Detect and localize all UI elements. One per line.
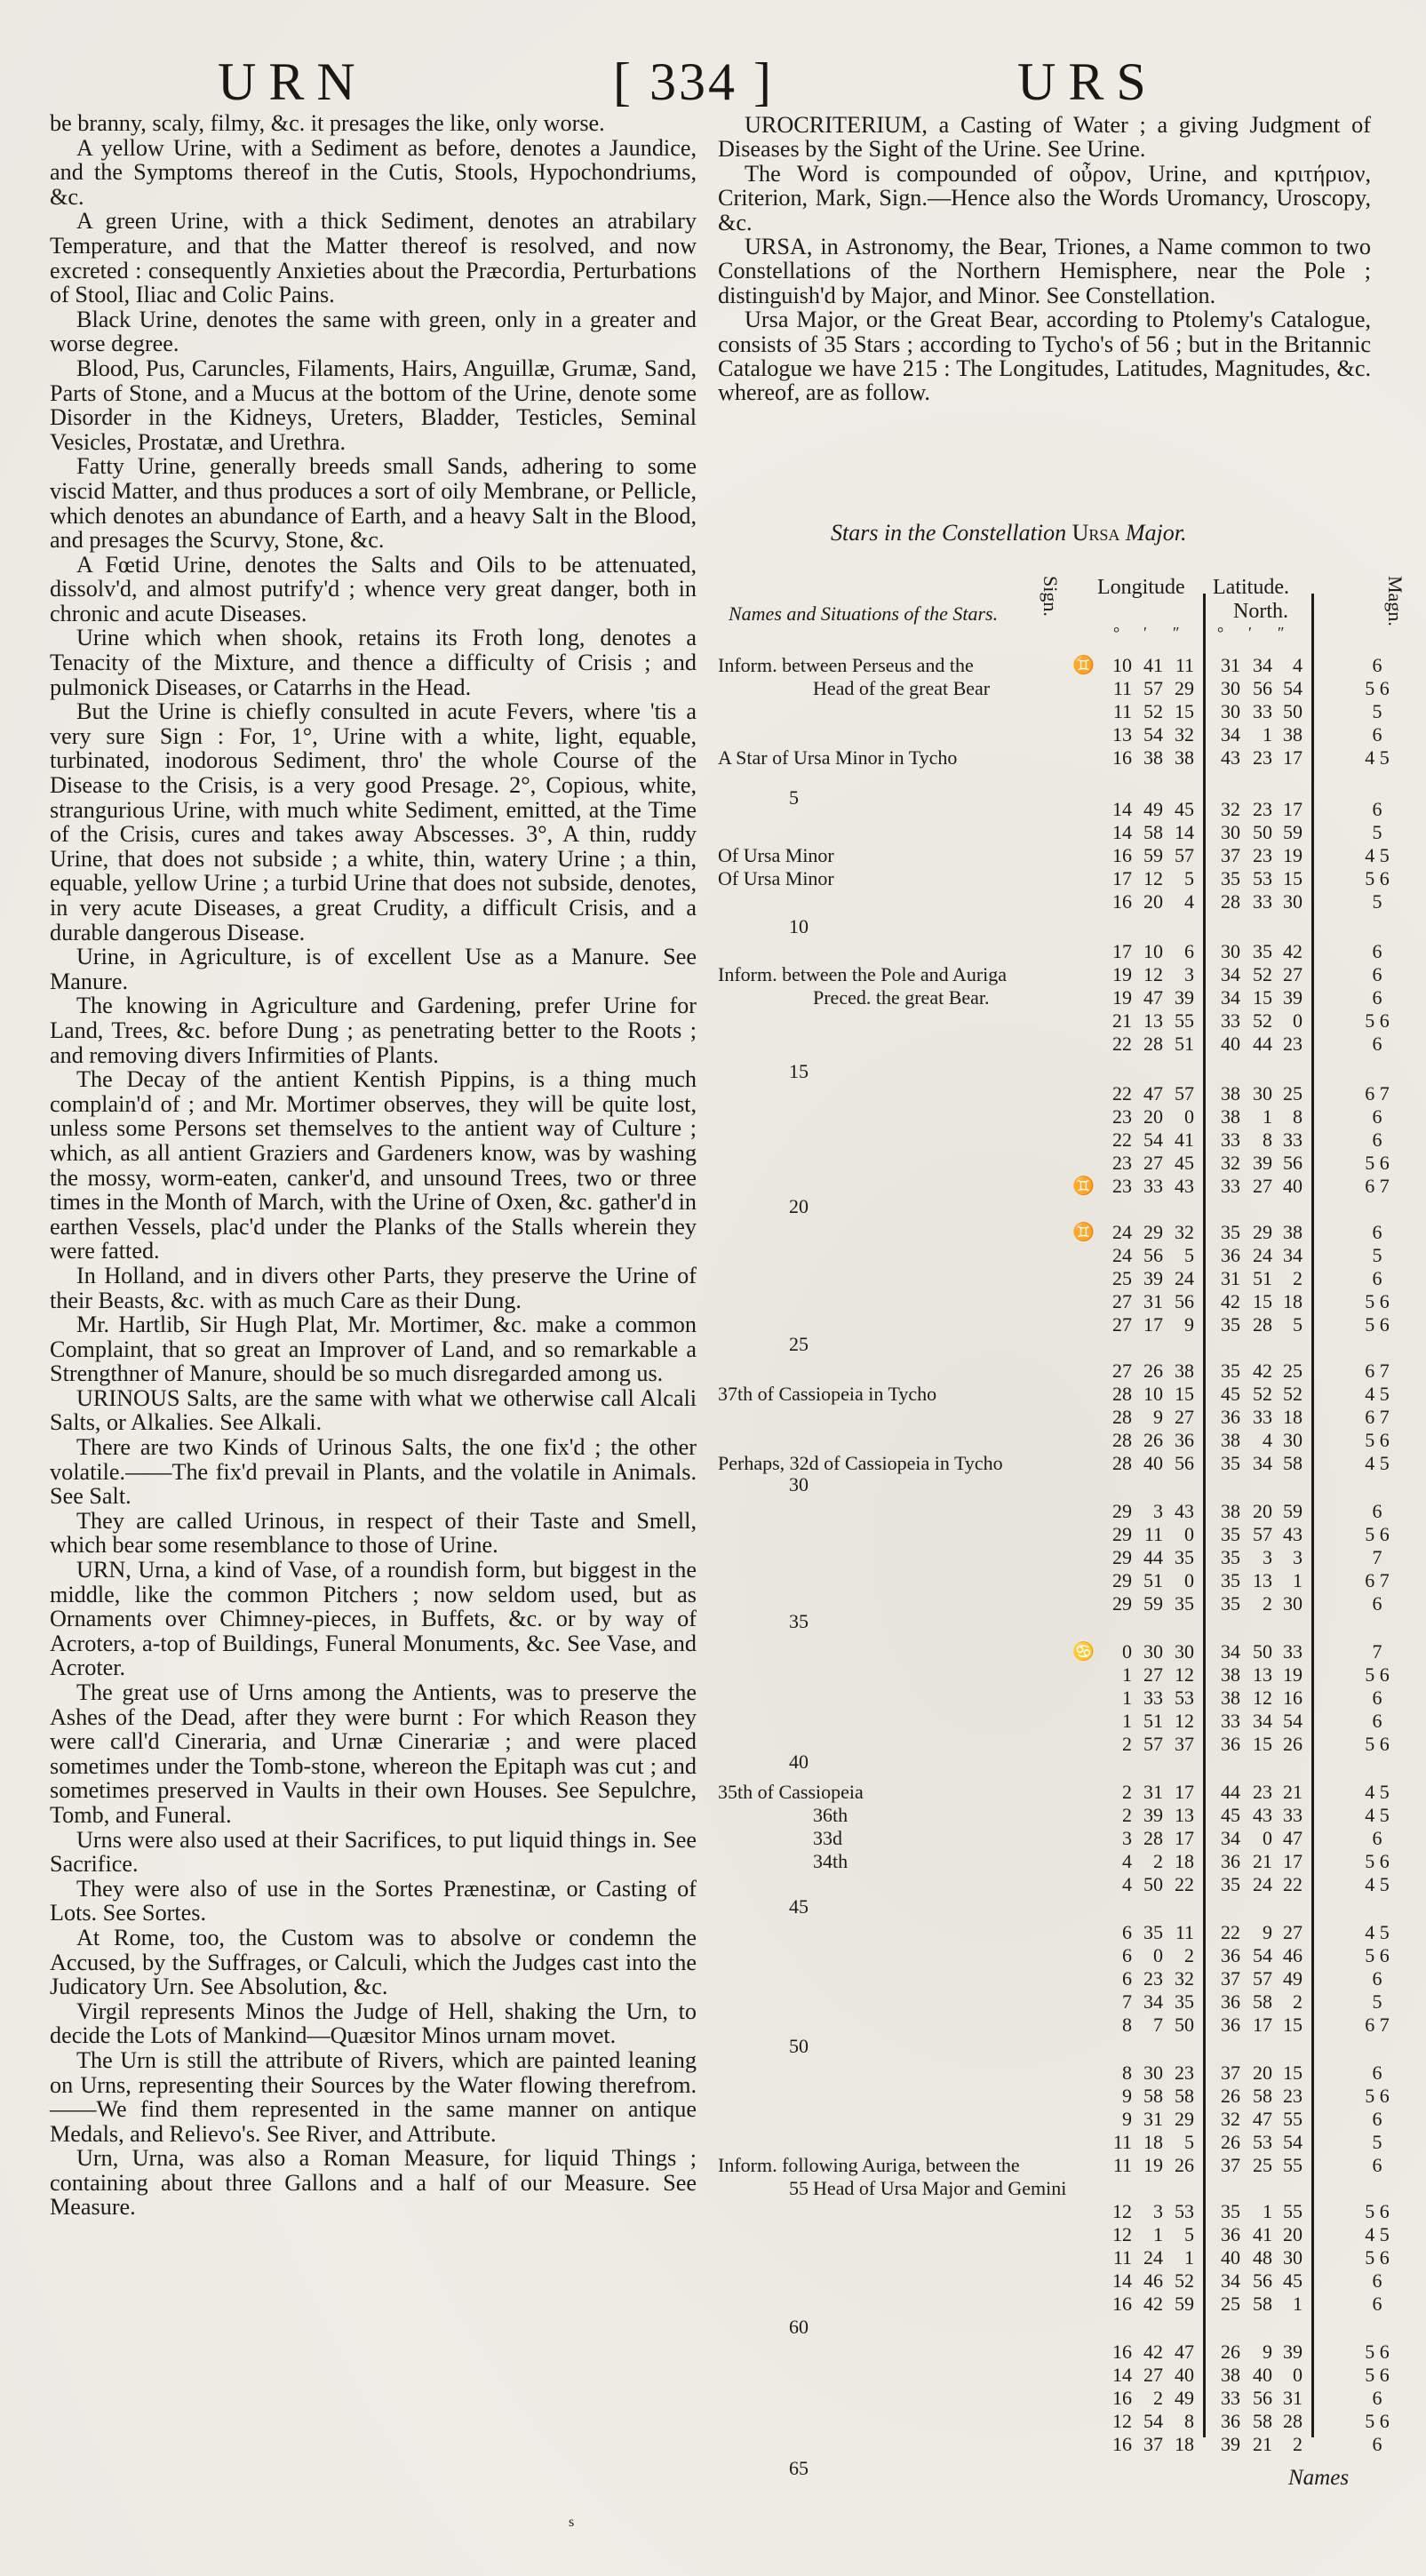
running-head-right: URS [1017, 52, 1159, 113]
longitude-value: 5 [1164, 867, 1194, 890]
magnitude-value: 6 [1342, 2062, 1413, 2085]
catchword: Names [1288, 2466, 1349, 2491]
longitude-value: 50 [1133, 1873, 1163, 1896]
table-row: 36th239134543334 5 [0, 1804, 1426, 1827]
longitude-value: 11 [1102, 2131, 1132, 2154]
table-row: ♊2429323529386 [0, 1221, 1426, 1244]
latitude-value: 33 [1272, 1128, 1303, 1152]
longitude-value: 12 [1102, 2223, 1132, 2246]
latitude-value: 0 [1272, 1009, 1303, 1033]
latitude-value: 2 [1272, 1267, 1303, 1290]
longitude-value: 34 [1133, 1990, 1163, 2014]
longitude-value: 40 [1133, 1452, 1163, 1475]
latitude-value: 45 [1210, 1804, 1240, 1827]
latitude-value: 35 [1210, 1221, 1240, 1244]
magnitude-value: 6 [1342, 986, 1413, 1009]
latitude-value: 9 [1242, 1921, 1272, 1944]
header-magnitude: Magn. [1383, 576, 1406, 626]
longitude-value: 11 [1102, 2246, 1132, 2269]
latitude-value: 23 [1242, 798, 1272, 821]
longitude-value: 27 [1133, 1152, 1163, 1175]
longitude-value: 30 [1133, 2062, 1163, 2085]
paragraph: A green Urine, with a thick Sediment, de… [50, 209, 697, 307]
longitude-value: 36 [1164, 1429, 1194, 1452]
latitude-value: 36 [1210, 1944, 1240, 1967]
magnitude-value: 6 7 [1342, 1569, 1413, 1592]
line-number: 25 [789, 1333, 809, 1356]
magnitude-value: 6 [1342, 1710, 1413, 1733]
star-name: 35th of Cassiopeia [718, 1781, 864, 1804]
longitude-value: 12 [1133, 867, 1163, 890]
latitude-value: 38 [1210, 1429, 1240, 1452]
table-row: 35th of Cassiopeia231174423214 5 [0, 1781, 1426, 1804]
longitude-value: 6 [1164, 940, 1194, 963]
latitude-value: 30 [1272, 2246, 1303, 2269]
paragraph: A Fœtid Urine, denotes the Salts and Oil… [50, 553, 697, 626]
table-row: 295935352306 [0, 1592, 1426, 1615]
magnitude-value: 5 6 [1342, 2200, 1413, 2223]
longitude-value: 56 [1164, 1290, 1194, 1313]
latitude-value: 2 [1272, 2433, 1303, 2456]
magnitude-value: 5 6 [1342, 2246, 1413, 2269]
paragraph: Ursa Major, or the Great Bear, according… [718, 307, 1371, 405]
magnitude-value: 4 5 [1342, 1921, 1413, 1944]
latitude-value: 23 [1272, 1033, 1303, 1056]
latitude-value: 38 [1210, 1105, 1240, 1128]
latitude-value: 16 [1272, 1687, 1303, 1710]
longitude-value: 22 [1102, 1082, 1132, 1105]
line-number: 15 [789, 1060, 809, 1083]
magnitude-value: 5 6 [1342, 2364, 1413, 2387]
longitude-value: 2 [1102, 1781, 1132, 1804]
latitude-value: 55 [1272, 2200, 1303, 2223]
table-row: 164259255816 [0, 2293, 1426, 2316]
latitude-value: 19 [1272, 1663, 1303, 1687]
latitude-value: 18 [1272, 1406, 1303, 1429]
longitude-value: 27 [1102, 1360, 1132, 1383]
magnitude-value: 5 6 [1342, 1429, 1413, 1452]
star-name: A Star of Ursa Minor in Tycho [718, 746, 957, 770]
latitude-value: 32 [1210, 798, 1240, 821]
table-row: Inform. following Auriga, between the111… [0, 2154, 1426, 2177]
magnitude-value: 5 6 [1342, 1290, 1413, 1313]
longitude-value: 10 [1133, 940, 1163, 963]
magnitude-value: 6 7 [1342, 1175, 1413, 1198]
latitude-value: 15 [1242, 986, 1272, 1009]
longitude-value: 30 [1164, 1640, 1194, 1663]
longitude-value: 24 [1102, 1244, 1132, 1267]
latitude-value: 28 [1210, 890, 1240, 913]
line-number: 20 [789, 1195, 809, 1218]
longitude-value: 45 [1164, 1152, 1194, 1175]
latitude-value: 0 [1242, 1827, 1272, 1850]
longitude-value: 32 [1164, 1967, 1194, 1990]
latitude-value: 21 [1242, 2433, 1272, 2456]
latitude-value: 36 [1210, 1850, 1240, 1873]
longitude-value: 52 [1133, 700, 1163, 723]
latitude-value: 40 [1210, 1033, 1240, 1056]
latitude-value: 31 [1210, 654, 1240, 677]
latitude-value: 42 [1242, 1360, 1272, 1383]
table-row: 34th42183621175 6 [0, 1850, 1426, 1873]
magnitude-value: 5 6 [1342, 2410, 1413, 2433]
latitude-value: 33 [1210, 1128, 1240, 1152]
longitude-value: 16 [1102, 2433, 1132, 2456]
longitude-value: 31 [1133, 1290, 1163, 1313]
latitude-value: 52 [1242, 963, 1272, 986]
longitude-value: 1 [1102, 1663, 1132, 1687]
longitude-value: 29 [1102, 1569, 1132, 1592]
latitude-value: 21 [1272, 1781, 1303, 1804]
latitude-value: 12 [1242, 1687, 1272, 1710]
latitude-value: 45 [1210, 1383, 1240, 1406]
latitude-value: 35 [1210, 1873, 1240, 1896]
magnitude-value: 4 5 [1342, 1804, 1413, 1827]
latitude-value: 21 [1242, 1850, 1272, 1873]
longitude-value: 17 [1164, 1781, 1194, 1804]
longitude-value: 8 [1102, 2014, 1132, 2037]
longitude-value: 56 [1164, 1452, 1194, 1475]
longitude-value: 5 [1164, 2223, 1194, 2246]
latitude-value: 36 [1210, 1244, 1240, 1267]
longitude-value: 11 [1102, 2154, 1132, 2177]
longitude-value: 2 [1102, 1804, 1132, 1827]
table-row: 87503617156 7 [0, 2014, 1426, 2037]
paragraph: Fatty Urine, generally breeds small Sand… [50, 454, 697, 552]
longitude-value: 24 [1133, 2246, 1163, 2269]
table-row: 112414048305 6 [0, 2246, 1426, 2269]
latitude-value: 27 [1272, 1921, 1303, 1944]
magnitude-value: 6 7 [1342, 1406, 1413, 1429]
latitude-value: 30 [1242, 1082, 1272, 1105]
longitude-value: 18 [1133, 2131, 1163, 2154]
latitude-value: 37 [1210, 844, 1240, 867]
longitude-value: 14 [1102, 821, 1132, 844]
table-row: 6023654465 6 [0, 1944, 1426, 1967]
table-row: 171063035426 [0, 940, 1426, 963]
latitude-value: 23 [1242, 746, 1272, 770]
latitude-value: 25 [1210, 2293, 1240, 2316]
latitude-value: 36 [1210, 1990, 1240, 2014]
longitude-value: 16 [1102, 890, 1132, 913]
longitude-value: 10 [1133, 1383, 1163, 1406]
latitude-value: 1 [1242, 723, 1272, 746]
header-names: Names and Situations of the Stars. [729, 602, 998, 626]
table-row: 1458143050595 [0, 821, 1426, 844]
latitude-value: 54 [1272, 2131, 1303, 2154]
latitude-value: 8 [1242, 1128, 1272, 1152]
latitude-value: 34 [1210, 1640, 1240, 1663]
latitude-value: 20 [1242, 2062, 1272, 2085]
magnitude-value: 5 6 [1342, 2085, 1413, 2108]
longitude-value: 40 [1164, 2364, 1194, 2387]
latitude-value: 59 [1272, 821, 1303, 844]
longitude-value: 29 [1102, 1500, 1132, 1523]
longitude-value: 17 [1102, 867, 1132, 890]
latitude-value: 41 [1242, 2223, 1272, 2246]
latitude-value: 55 [1272, 2154, 1303, 2177]
longitude-value: 28 [1102, 1406, 1132, 1429]
latitude-value: 15 [1272, 867, 1303, 890]
latitude-value: 39 [1272, 2341, 1303, 2364]
table-row: 29510351316 7 [0, 1569, 1426, 1592]
longitude-value: 47 [1133, 986, 1163, 1009]
table-row: 37th of Cassiopeia in Tycho2810154552524… [0, 1383, 1426, 1406]
line-number: 45 [789, 1895, 809, 1918]
latitude-value: 1 [1272, 2293, 1303, 2316]
longitude-value: 9 [1102, 2108, 1132, 2131]
longitude-value: 16 [1102, 746, 1132, 770]
magnitude-value: 6 [1342, 2293, 1413, 2316]
magnitude-value: 7 [1342, 1640, 1413, 1663]
table-row: 12353351555 6 [0, 2200, 1426, 2223]
latitude-value: 39 [1272, 986, 1303, 1009]
longitude-value: 23 [1102, 1152, 1132, 1175]
star-name: Inform. between the Pole and Auriga [718, 963, 1007, 986]
longitude-value: 23 [1102, 1105, 1132, 1128]
star-name: 37th of Cassiopeia in Tycho [718, 1383, 936, 1406]
latitude-value: 13 [1242, 1663, 1272, 1687]
table-row: Inform. between Perseus and the♊10411131… [0, 654, 1426, 677]
longitude-value: 19 [1133, 2154, 1163, 2177]
latitude-value: 53 [1242, 2131, 1272, 2154]
longitude-value: 2 [1133, 2387, 1163, 2410]
latitude-value: 34 [1210, 1827, 1240, 1850]
longitude-value: 59 [1164, 2293, 1194, 2316]
longitude-value: 0 [1164, 1523, 1194, 1546]
latitude-value: 27 [1242, 1175, 1272, 1198]
latitude-value: 44 [1210, 1781, 1240, 1804]
longitude-value: 57 [1133, 677, 1163, 700]
longitude-value: 27 [1133, 1663, 1163, 1687]
latitude-value: 1 [1242, 2200, 1272, 2223]
star-name-continued: 36th [813, 1804, 848, 1827]
latitude-value: 9 [1242, 2341, 1272, 2364]
magnitude-value: 5 6 [1342, 1850, 1413, 1873]
latitude-value: 39 [1242, 1152, 1272, 1175]
latitude-value: 33 [1210, 2387, 1240, 2410]
latitude-value: 56 [1242, 2387, 1272, 2410]
latitude-value: 38 [1210, 1082, 1240, 1105]
latitude-value: 34 [1242, 654, 1272, 677]
longitude-value: 47 [1133, 1082, 1163, 1105]
table-row: 111852653545 [0, 2131, 1426, 2154]
longitude-value: 2 [1133, 1850, 1163, 1873]
unit-min: ′ [1143, 624, 1147, 642]
latitude-value: 43 [1242, 1804, 1272, 1827]
longitude-value: 32 [1164, 1221, 1194, 1244]
magnitude-value: 4 5 [1342, 746, 1413, 770]
page-number: [ 334 ] [613, 52, 774, 113]
longitude-value: 12 [1164, 1710, 1194, 1733]
star-name-continued: Preced. the great Bear. [813, 986, 990, 1009]
longitude-value: 18 [1164, 2433, 1194, 2456]
latitude-value: 17 [1272, 798, 1303, 821]
table-row: 135432341386 [0, 723, 1426, 746]
magnitude-value: 6 [1342, 2387, 1413, 2410]
longitude-value: 13 [1102, 723, 1132, 746]
latitude-value: 57 [1242, 1967, 1272, 1990]
magnitude-value: 4 5 [1342, 1873, 1413, 1896]
longitude-value: 6 [1102, 1944, 1132, 1967]
longitude-value: 14 [1102, 2269, 1132, 2293]
latitude-value: 33 [1272, 1804, 1303, 1827]
table-row: 12153641204 5 [0, 2223, 1426, 2246]
latitude-value: 23 [1272, 2085, 1303, 2108]
magnitude-value: 5 6 [1342, 867, 1413, 890]
longitude-value: 28 [1133, 1827, 1163, 1850]
longitude-value: 39 [1164, 986, 1194, 1009]
running-head-left: URN [218, 52, 368, 113]
latitude-value: 32 [1210, 1152, 1240, 1175]
table-row: 73435365825 [0, 1990, 1426, 2014]
star-name: Inform. following Auriga, between the [718, 2154, 1020, 2177]
longitude-value: 58 [1133, 2085, 1163, 2108]
table-row: A Star of Ursa Minor in Tycho16383843231… [0, 746, 1426, 770]
header-sign: Sign. [1039, 576, 1062, 617]
latitude-value: 37 [1210, 2062, 1240, 2085]
latitude-value: 49 [1272, 1967, 1303, 1990]
longitude-value: 38 [1164, 1360, 1194, 1383]
longitude-value: 14 [1102, 798, 1132, 821]
latitude-value: 31 [1210, 1267, 1240, 1290]
longitude-value: 17 [1133, 1313, 1163, 1336]
latitude-value: 3 [1242, 1546, 1272, 1569]
zodiac-sign-icon: ♊ [1072, 1221, 1095, 1243]
latitude-value: 32 [1210, 2108, 1240, 2131]
table-row: 163718392126 [0, 2433, 1426, 2456]
latitude-value: 35 [1210, 1546, 1240, 1569]
table-row: Of Ursa Minor1659573723194 5 [0, 844, 1426, 867]
longitude-value: 23 [1164, 2062, 1194, 2085]
latitude-value: 34 [1272, 1244, 1303, 1267]
latitude-value: 34 [1210, 2269, 1240, 2293]
longitude-value: 55 [1164, 1009, 1194, 1033]
star-name-continued: 34th [813, 1850, 848, 1873]
magnitude-value: 5 6 [1342, 1009, 1413, 1033]
latitude-value: 37 [1210, 1967, 1240, 1990]
longitude-value: 11 [1164, 1921, 1194, 1944]
longitude-value: 29 [1102, 1592, 1132, 1615]
latitude-value: 50 [1272, 700, 1303, 723]
latitude-value: 36 [1210, 1733, 1240, 1756]
longitude-value: 35 [1164, 1990, 1194, 2014]
latitude-value: 44 [1242, 1033, 1272, 1056]
latitude-value: 25 [1272, 1360, 1303, 1383]
longitude-value: 57 [1164, 1082, 1194, 1105]
table-row: 127123813195 6 [0, 1663, 1426, 1687]
longitude-value: 11 [1133, 1523, 1163, 1546]
longitude-value: 26 [1164, 2154, 1194, 2177]
table-row: 289273633186 7 [0, 1406, 1426, 1429]
latitude-value: 2 [1242, 1592, 1272, 1615]
table-row: 142740384005 6 [0, 2364, 1426, 2387]
longitude-value: 2 [1102, 1733, 1132, 1756]
longitude-value: 58 [1164, 2085, 1194, 2108]
latitude-value: 28 [1242, 1313, 1272, 1336]
latitude-value: 0 [1272, 2364, 1303, 2387]
latitude-value: 56 [1242, 2269, 1272, 2293]
table-row: 293433820596 [0, 1500, 1426, 1523]
line-number: 60 [789, 2316, 809, 2339]
signature-mark: s [569, 2515, 574, 2531]
latitude-value: 35 [1210, 1360, 1240, 1383]
latitude-value: 34 [1210, 723, 1240, 746]
magnitude-value: 4 5 [1342, 1781, 1413, 1804]
latitude-value: 36 [1210, 1406, 1240, 1429]
paragraph: A yellow Urine, with a Sediment as befor… [50, 136, 697, 210]
header-north: North. [1233, 600, 1288, 624]
longitude-value: 7 [1133, 2014, 1163, 2037]
table-row: 2731564215185 6 [0, 1290, 1426, 1313]
longitude-value: 20 [1133, 890, 1163, 913]
longitude-value: 39 [1133, 1267, 1163, 1290]
magnitude-value: 6 7 [1342, 2014, 1413, 2037]
longitude-value: 37 [1133, 2433, 1163, 2456]
magnitude-value: 6 [1342, 723, 1413, 746]
longitude-value: 49 [1133, 798, 1163, 821]
magnitude-value: 6 [1342, 963, 1413, 986]
star-name: Inform. between Perseus and the [718, 654, 974, 677]
longitude-value: 0 [1133, 1944, 1163, 1967]
magnitude-value: 5 [1342, 700, 1413, 723]
latitude-value: 26 [1210, 2341, 1240, 2364]
magnitude-value: 6 [1342, 1033, 1413, 1056]
latitude-value: 33 [1210, 1009, 1240, 1033]
longitude-value: 42 [1133, 2341, 1163, 2364]
latitude-value: 59 [1272, 1500, 1303, 1523]
latitude-value: 56 [1242, 677, 1272, 700]
magnitude-value: 6 [1342, 1500, 1413, 1523]
longitude-value: 35 [1164, 1592, 1194, 1615]
table-row: 1446523456456 [0, 2269, 1426, 2293]
latitude-value: 35 [1210, 1569, 1240, 1592]
latitude-value: 26 [1210, 2131, 1240, 2154]
longitude-value: 56 [1133, 1244, 1163, 1267]
longitude-value: 41 [1164, 1128, 1194, 1152]
longitude-value: 43 [1164, 1500, 1194, 1523]
latitude-value: 20 [1272, 2223, 1303, 2246]
longitude-value: 23 [1102, 1175, 1132, 1198]
latitude-value: 23 [1242, 844, 1272, 867]
longitude-value: 3 [1164, 963, 1194, 986]
table-row: Perhaps, 32d of Cassiopeia in Tycho28405… [0, 1452, 1426, 1475]
longitude-value: 16 [1102, 2293, 1132, 2316]
table-row: 830233720156 [0, 2062, 1426, 2085]
latitude-value: 47 [1272, 1827, 1303, 1850]
longitude-value: 1 [1102, 1710, 1132, 1733]
longitude-value: 24 [1164, 1267, 1194, 1290]
line-number: 50 [789, 2035, 809, 2058]
longitude-value: 22 [1102, 1128, 1132, 1152]
magnitude-value: 5 6 [1342, 1733, 1413, 1756]
longitude-value: 29 [1164, 677, 1194, 700]
longitude-value: 29 [1102, 1523, 1132, 1546]
table-row: Head of the great Bear1157293056545 6 [0, 677, 1426, 700]
longitude-value: 16 [1102, 844, 1132, 867]
table-title: Stars in the Constellation Ursa Major. [831, 520, 1187, 546]
latitude-value: 50 [1242, 821, 1272, 844]
latitude-value: 33 [1242, 890, 1272, 913]
longitude-value: 45 [1164, 798, 1194, 821]
magnitude-value: 5 6 [1342, 1152, 1413, 1175]
latitude-value: 40 [1210, 2246, 1240, 2269]
header-longitude: Longitude [1097, 576, 1185, 600]
longitude-value: 39 [1133, 1804, 1163, 1827]
latitude-value: 8 [1272, 1105, 1303, 1128]
paragraph: be branny, scaly, filmy, &c. it presages… [50, 111, 697, 136]
latitude-value: 30 [1272, 1429, 1303, 1452]
